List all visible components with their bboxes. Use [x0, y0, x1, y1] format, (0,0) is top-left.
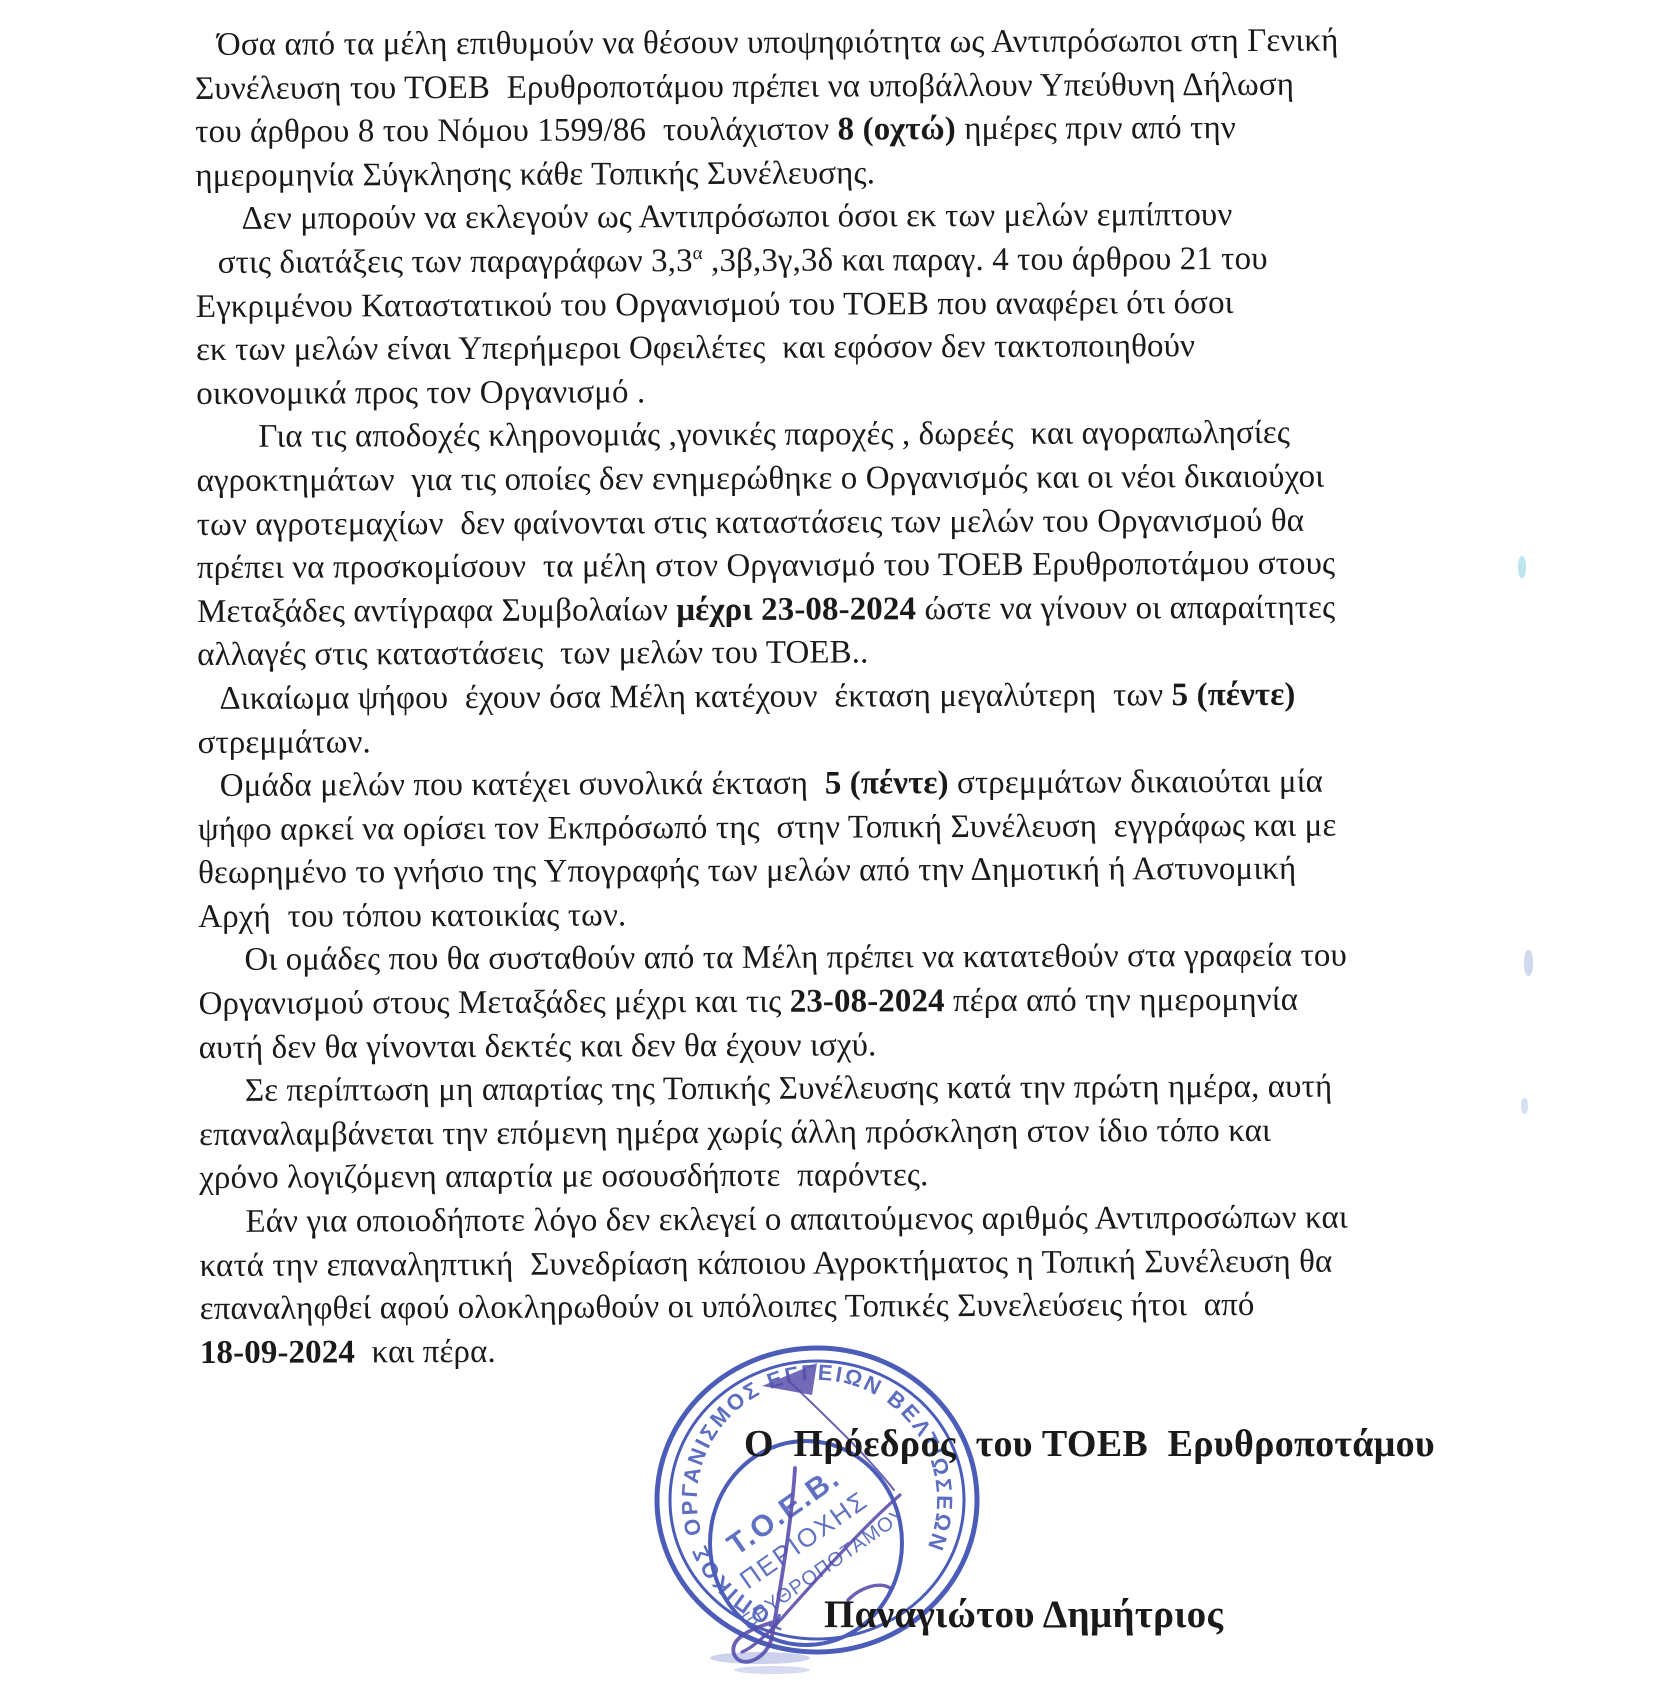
text-line: θεωρημένο το γνήσιο της Υπογραφής των με… [198, 847, 1528, 896]
text-line: Αρχή του τόπου κατοικίας των. [198, 891, 1528, 940]
bold-deadline-days: 8 (οχτώ) [838, 111, 956, 147]
text-line: πρέπει να προσκομίσουν τα μέλη στον Οργα… [197, 542, 1527, 591]
text-line: Δεν μπορούν να εκλεγούν ως Αντιπρόσωποι … [195, 193, 1525, 242]
stamp-ink-smudge [710, 1652, 810, 1664]
scan-artifact [1518, 556, 1526, 578]
document-page: Όσα από τα μέλη επιθυμούν να θέσουν υποψ… [0, 0, 1656, 1692]
text-line: Οι ομάδες που θα συσταθούν από τα Μέλη π… [198, 934, 1528, 983]
scan-artifact [1521, 1098, 1528, 1114]
bold-deadline-contracts: μέχρι 23-08-2024 [676, 591, 916, 628]
text-line: Εγκριμένου Καταστατικού του Οργανισμού τ… [196, 280, 1526, 329]
text-line: χρόνο λογιζόμενη απαρτία με οσουσδήποτε … [199, 1152, 1529, 1201]
text-line: Σε περίπτωση μη απαρτίας της Τοπικής Συν… [199, 1065, 1529, 1114]
superscript-alpha: α [693, 243, 703, 264]
signature-title: Ο Πρόεδρος του ΤΟΕΒ Ερυθροποτάμου [744, 1422, 1435, 1466]
text-line: οικονομικά προς τον Οργανισμό . [196, 368, 1526, 417]
text-line: αλλαγές στις καταστάσεις των μελών του Τ… [197, 629, 1527, 678]
text-line: Εάν για οποιοδήποτε λόγο δεν εκλεγεί ο α… [199, 1196, 1529, 1245]
bold-restart-date: 18-09-2024 [200, 1334, 355, 1371]
signatory-name: Παναγιώτου Δημήτριος [824, 1592, 1223, 1637]
text-line: Για τις αποδοχές κληρονομιάς ,γονικές πα… [196, 411, 1526, 460]
text-line: Μεταξάδες αντίγραφα Συμβολαίων μέχρι 23-… [197, 586, 1527, 635]
text-line: αυτή δεν θα γίνονται δεκτές και δεν θα έ… [199, 1022, 1529, 1071]
bold-deadline-groups: 23-08-2024 [790, 983, 945, 1020]
text-line: Συνέλευση του ΤΟΕΒ Ερυθροποτάμου πρέπει … [195, 62, 1525, 111]
text-line: Οργανισμού στους Μεταξάδες μέχρι και τις… [198, 978, 1528, 1027]
bold-five-stremmata-group: 5 (πέντε) [825, 765, 949, 801]
body-text: Όσα από τα μέλη επιθυμούν να θέσουν υποψ… [195, 19, 1530, 1376]
text-line: του άρθρου 8 του Νόμου 1599/86 τουλάχιστ… [195, 106, 1525, 155]
scan-artifact [1524, 950, 1533, 976]
text-line: Ομάδα μελών που κατέχει συνολικά έκταση … [198, 760, 1528, 809]
text-line: Όσα από τα μέλη επιθυμούν να θέσουν υποψ… [195, 19, 1525, 68]
text-line: κατά την επαναληπτική Συνεδρίαση κάποιου… [199, 1240, 1529, 1289]
text-line: στις διατάξεις των παραγράφων 3,3α ,3β,3… [196, 237, 1526, 286]
text-line: Δικαίωμα ψήφου έχουν όσα Μέλη κατέχουν έ… [197, 673, 1527, 722]
text-line: ημερομηνία Σύγκλησης κάθε Τοπικής Συνέλε… [195, 150, 1525, 199]
bold-five-stremmata: 5 (πέντε) [1172, 677, 1296, 713]
text-line: ψήφο αρκεί να ορίσει τον Εκπρόσωπό της σ… [198, 804, 1528, 853]
text-line: αγροκτημάτων για τις οποίες δεν ενημερώθ… [196, 455, 1526, 504]
text-line: στρεμμάτων. [197, 716, 1527, 765]
text-line: των αγροτεμαχίων δεν φαίνονται στις κατα… [197, 498, 1527, 547]
text-line: επαναλαμβάνεται την επόμενη ημέρα χωρίς … [199, 1109, 1529, 1158]
text-line: εκ των μελών είναι Υπερήμεροι Οφειλέτες … [196, 324, 1526, 373]
stamp-ink-smudge [734, 1666, 810, 1674]
